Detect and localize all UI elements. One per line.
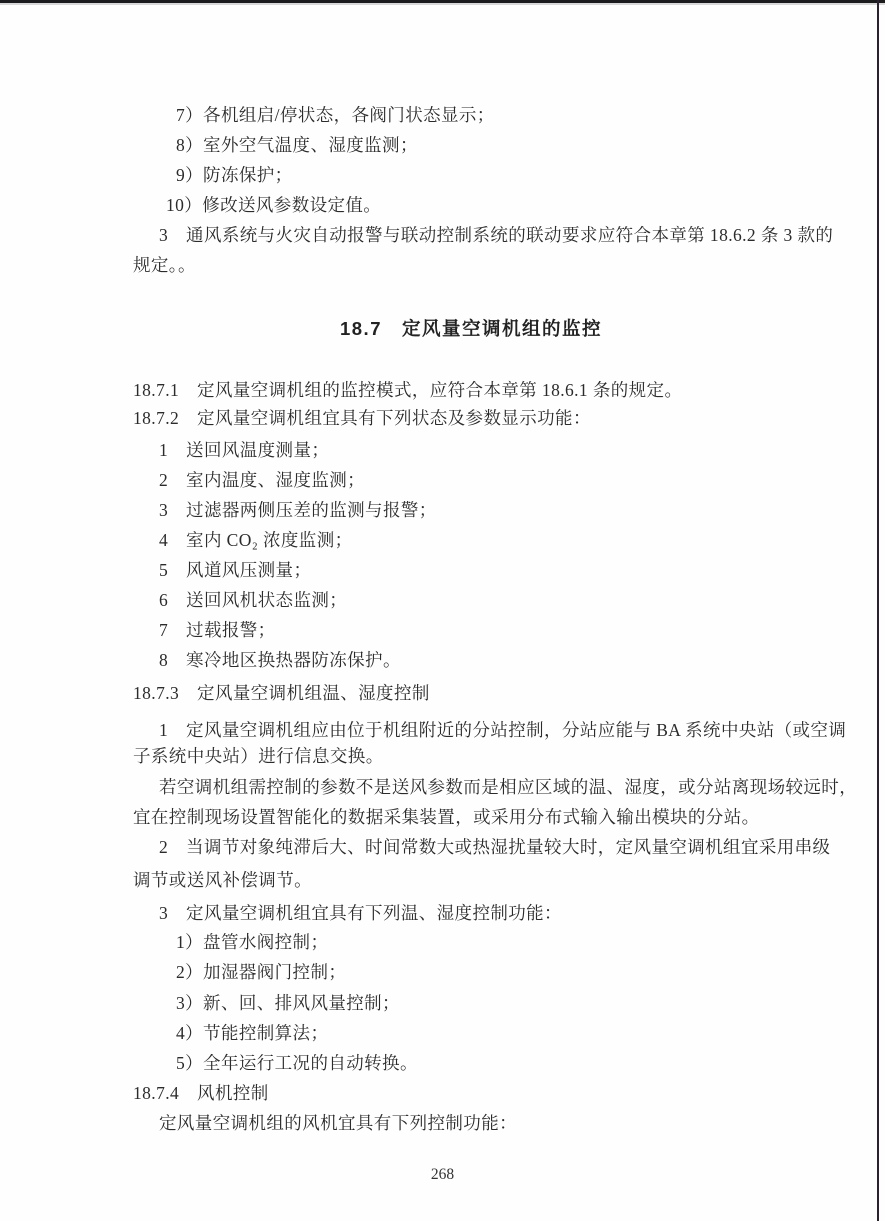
clause-18-7-2-item-7: 7 过载报警； (159, 615, 276, 645)
clause-18-7-2-item-5: 5 风道风压测量； (159, 555, 311, 585)
clause-3-line-1: 3 通风系统与火灾自动报警与联动控制系统的联动要求应符合本章第 18.6.2 条… (159, 220, 833, 250)
clause-18-7-2-item-8: 8 寒冷地区换热器防冻保护。 (159, 645, 401, 675)
page-number: 268 (0, 1162, 885, 1188)
clause-18-7-3-para4-title: 3 定风量空调机组宜具有下列温、湿度控制功能： (159, 898, 562, 928)
scan-edge-right (877, 0, 879, 1221)
clause-18-7-3-para4-item-3: 3）新、回、排风风量控制； (176, 988, 400, 1018)
clause-18-7-3-para4-item-2: 2）加湿器阀门控制； (176, 957, 346, 987)
section-heading-18-7: 18.7 定风量空调机组的监控 (133, 312, 809, 346)
list-item-10: 10）修改送风参数设定值。 (166, 190, 381, 220)
clause-18-7-2-item-1: 1 送回风温度测量； (159, 435, 329, 465)
clause-18-7-2-item-3: 3 过滤器两侧压差的监测与报警； (159, 495, 437, 525)
clause-18-7-2-item-2: 2 室内温度、湿度监测； (159, 465, 365, 495)
clause-18-7-3-para4-item-5: 5）全年运行工况的自动转换。 (176, 1048, 418, 1078)
clause-18-7-3-para4-item-4: 4）节能控制算法； (176, 1018, 328, 1048)
document-page: 7）各机组启/停状态，各阀门状态显示； 8）室外空气温度、湿度监测； 9）防冻保… (0, 0, 885, 1221)
clause-18-7-2-item-6: 6 送回风机状态监测； (159, 585, 347, 615)
list-item-8: 8）室外空气温度、湿度监测； (176, 130, 418, 160)
clause-18-7-3-title: 18.7.3 定风量空调机组温、湿度控制 (133, 678, 430, 708)
clause-18-7-3-para3-line1: 2 当调节对象纯滞后大、时间常数大或热湿扰量较大时，定风量空调机组宜采用串级 (159, 832, 830, 862)
clause-18-7-3-para1-line2: 子系统中央站）进行信息交换。 (133, 741, 384, 771)
clause-18-7-4-title: 18.7.4 风机控制 (133, 1078, 269, 1108)
list-item-9: 9）防冻保护； (176, 160, 293, 190)
clause-18-7-1: 18.7.1 定风量空调机组的监控模式，应符合本章第 18.6.1 条的规定。 (133, 375, 682, 405)
clause-18-7-3-para4-item-1: 1）盘管水阀控制； (176, 927, 328, 957)
scan-edge-top-shadow (0, 3, 885, 5)
clause-18-7-3-para2-line2: 宜在控制现场设置智能化的数据采集装置，或采用分布式输入输出模块的分站。 (133, 802, 760, 832)
list-item-7: 7）各机组启/停状态，各阀门状态显示； (176, 100, 495, 130)
clause-3-line-2: 规定。。 (133, 250, 196, 280)
clause-18-7-3-para3-line2: 调节或送风补偿调节。 (133, 865, 312, 895)
clause-18-7-3-para2-line1: 若空调机组需控制的参数不是送风参数而是相应区域的温、湿度，或分站离现场较远时， (159, 772, 857, 802)
clause-18-7-2-title: 18.7.2 定风量空调机组宜具有下列状态及参数显示功能： (133, 403, 591, 433)
clause-18-7-2-item-4: 4 室内 CO₂ 浓度监测； (159, 525, 353, 555)
clause-18-7-4-para1: 定风量空调机组的风机宜具有下列控制功能： (159, 1108, 517, 1138)
